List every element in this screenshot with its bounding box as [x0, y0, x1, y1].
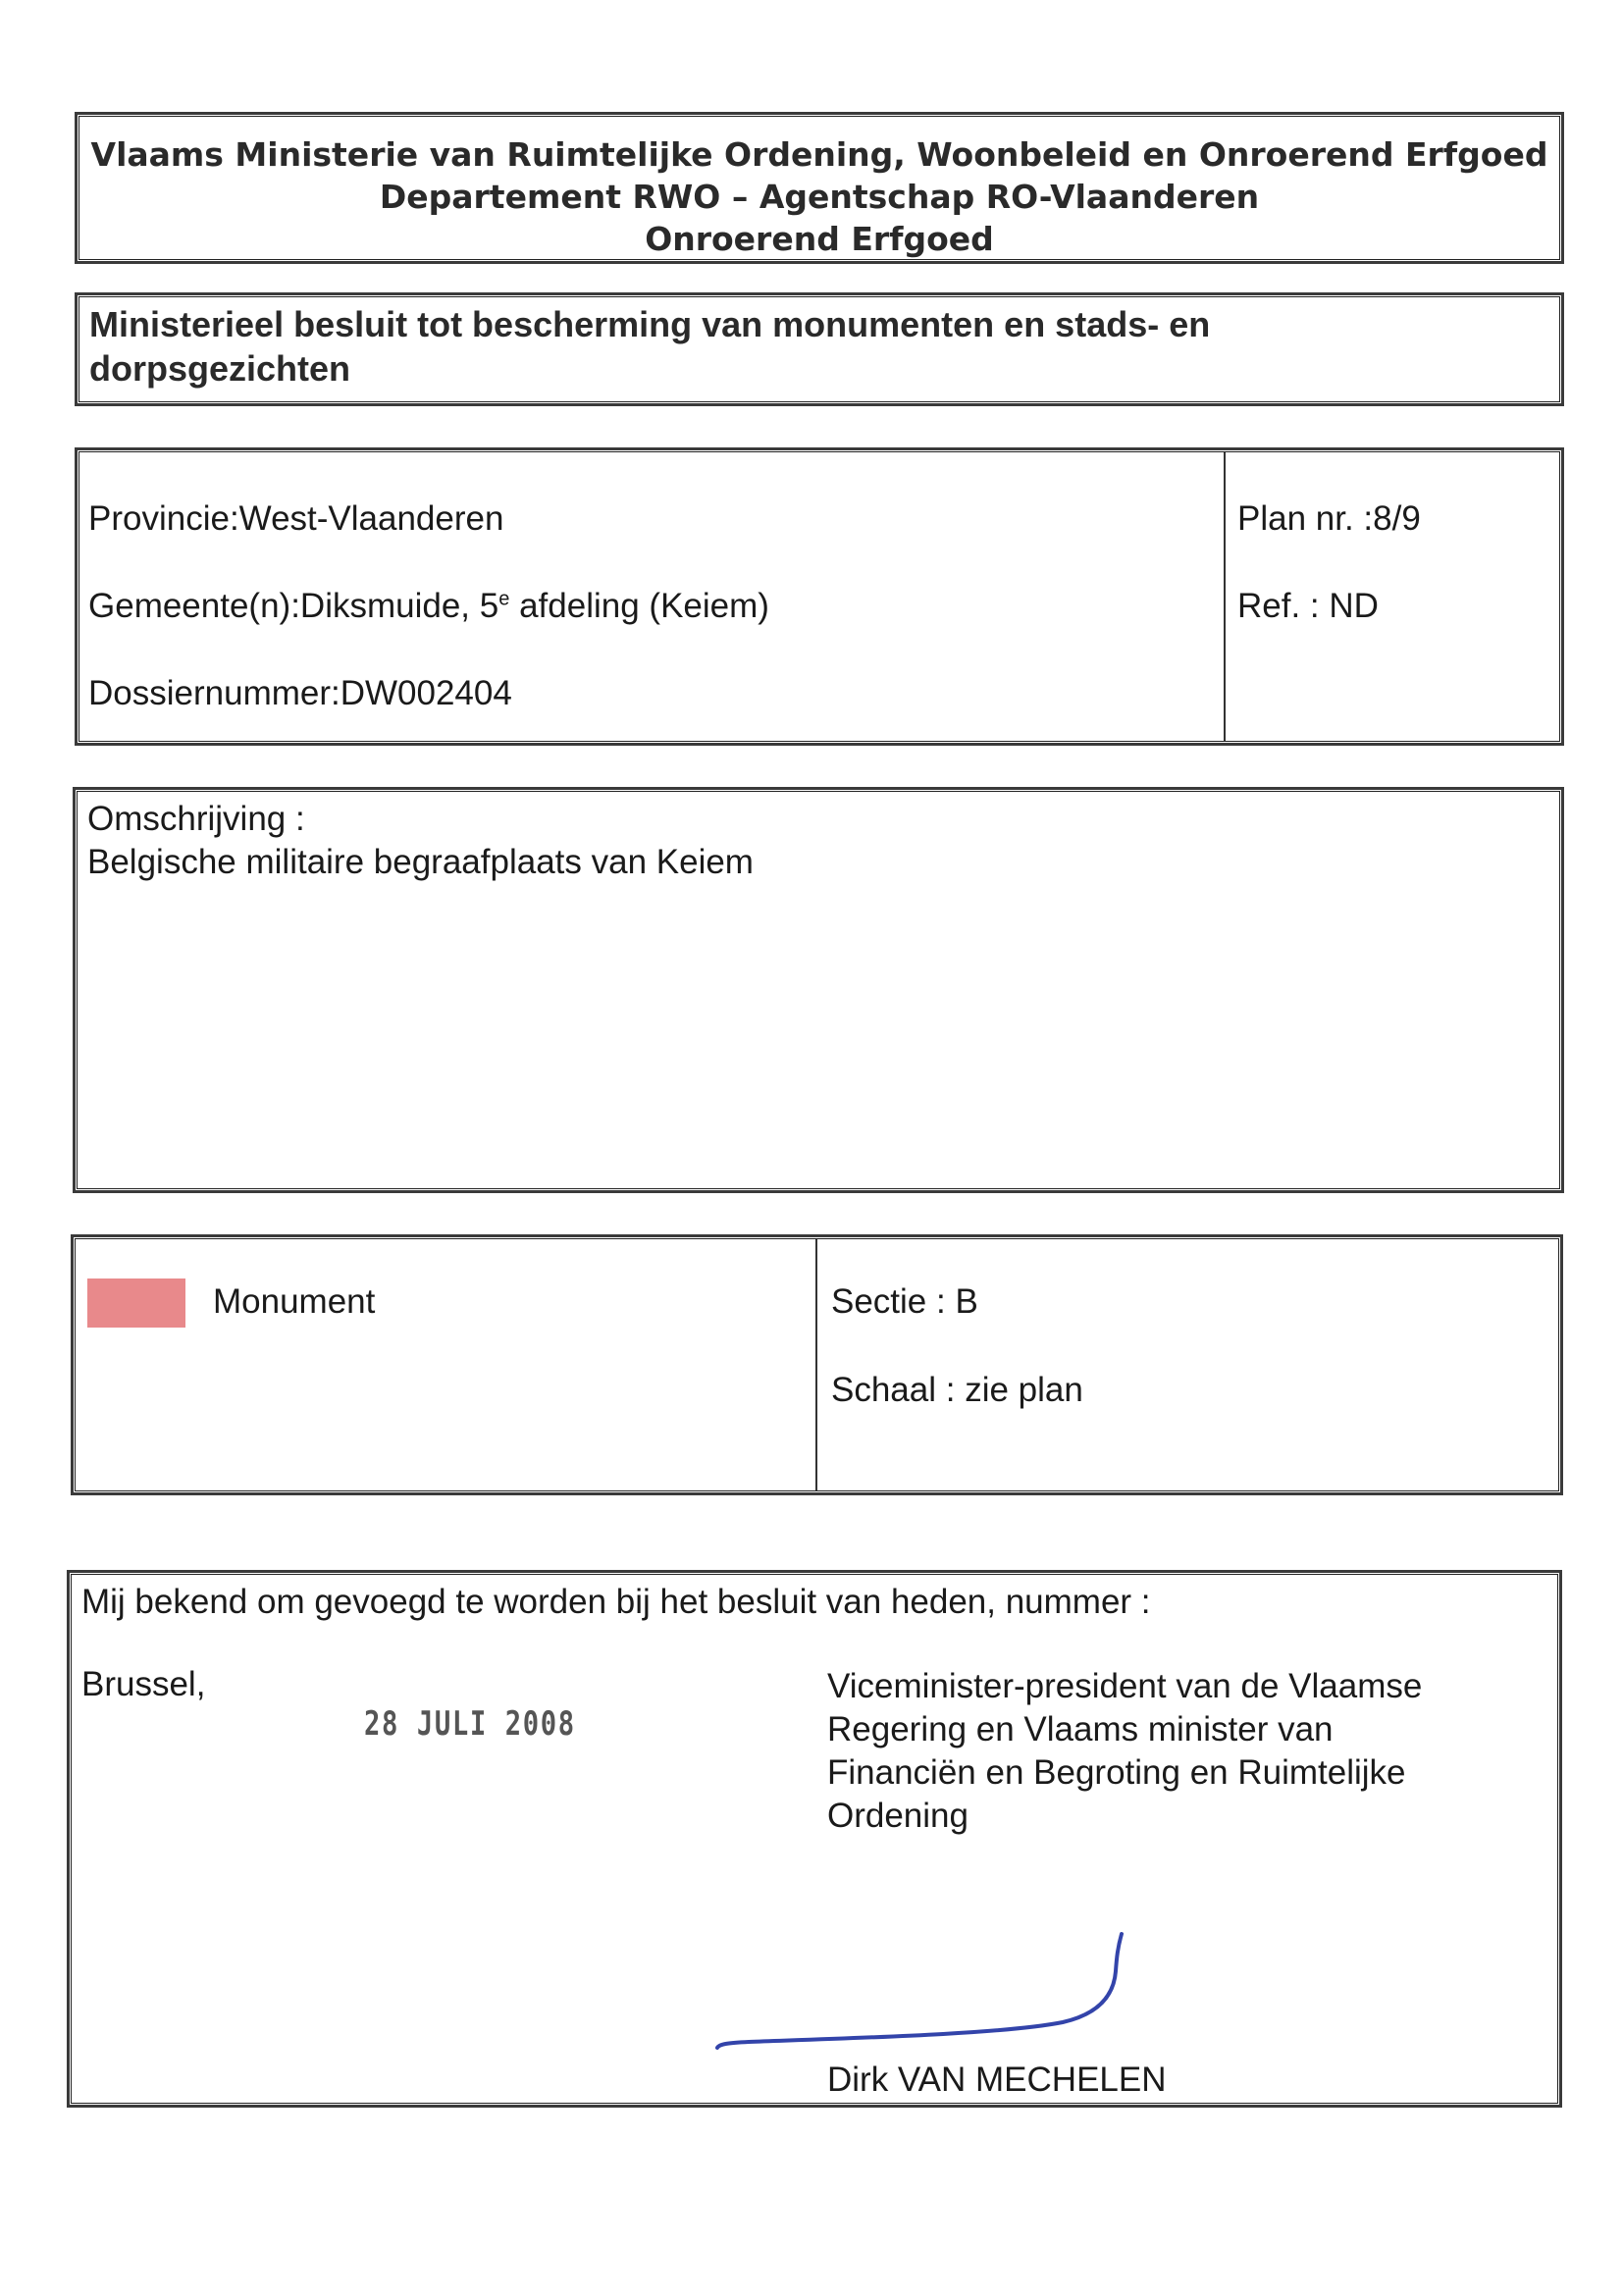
minister-title-line-4: Ordening — [827, 1795, 1422, 1838]
legend-section: Monument Sectie : B Schaal : zie plan — [75, 1238, 1559, 1491]
minister-title-line-3: Financiën en Begroting en Ruimtelijke — [827, 1751, 1422, 1795]
gemeente-superscript: e — [498, 588, 509, 609]
minister-title-line-1: Viceminister-president van de Vlaamse — [827, 1665, 1422, 1708]
legend-key: Monument — [76, 1239, 817, 1490]
agency-name: Onroerend Erfgoed — [79, 218, 1559, 260]
location-details: Provincie:West-Vlaanderen Gemeente(n):Di… — [79, 452, 1226, 741]
plan-number: Plan nr. :8/9 — [1237, 499, 1421, 539]
attachment-statement: Mij bekend om gevoegd te worden bij het … — [81, 1583, 1151, 1622]
signature-section: Mij bekend om gevoegd te worden bij het … — [71, 1574, 1558, 2104]
plan-details: Plan nr. :8/9 Ref. : ND — [1226, 452, 1559, 741]
date-stamp: 28 JULI 2008 — [364, 1704, 576, 1744]
signer-name: Dirk VAN MECHELEN — [827, 2061, 1167, 2100]
gemeente-prefix: Gemeente(n):Diksmuide, 5 — [88, 587, 498, 625]
minister-title-line-2: Regering en Vlaams minister van — [827, 1708, 1422, 1751]
description-section: Omschrijving : Belgische militaire begra… — [77, 791, 1560, 1189]
document-title-line-1: Ministerieel besluit tot bescherming van… — [89, 302, 1549, 346]
dossiernummer-field: Dossiernummer:DW002404 — [88, 674, 512, 713]
description-label: Omschrijving : — [87, 800, 305, 839]
description-value: Belgische militaire begraafplaats van Ke… — [87, 843, 754, 882]
provincie-field: Provincie:West-Vlaanderen — [88, 499, 503, 539]
ministry-header: Vlaams Ministerie van Ruimtelijke Ordeni… — [79, 116, 1560, 260]
gemeente-suffix: afdeling (Keiem) — [509, 587, 769, 625]
gemeente-field: Gemeente(n):Diksmuide, 5e afdeling (Keie… — [88, 587, 769, 626]
location-section: Provincie:West-Vlaanderen Gemeente(n):Di… — [79, 451, 1560, 742]
document-title-line-2: dorpsgezichten — [89, 346, 1549, 391]
place: Brussel, — [81, 1665, 205, 1704]
minister-title: Viceminister-president van de Vlaamse Re… — [827, 1665, 1422, 1838]
department-name: Departement RWO – Agentschap RO-Vlaander… — [79, 176, 1559, 218]
ministry-name: Vlaams Ministerie van Ruimtelijke Ordeni… — [79, 133, 1559, 176]
monument-color-swatch — [87, 1278, 185, 1328]
schaal-field: Schaal : zie plan — [831, 1371, 1083, 1410]
monument-label: Monument — [213, 1282, 375, 1322]
handwritten-signature — [709, 1928, 1180, 2056]
document-title: Ministerieel besluit tot bescherming van… — [79, 296, 1560, 402]
sectie-field: Sectie : B — [831, 1282, 978, 1322]
reference: Ref. : ND — [1237, 587, 1379, 626]
